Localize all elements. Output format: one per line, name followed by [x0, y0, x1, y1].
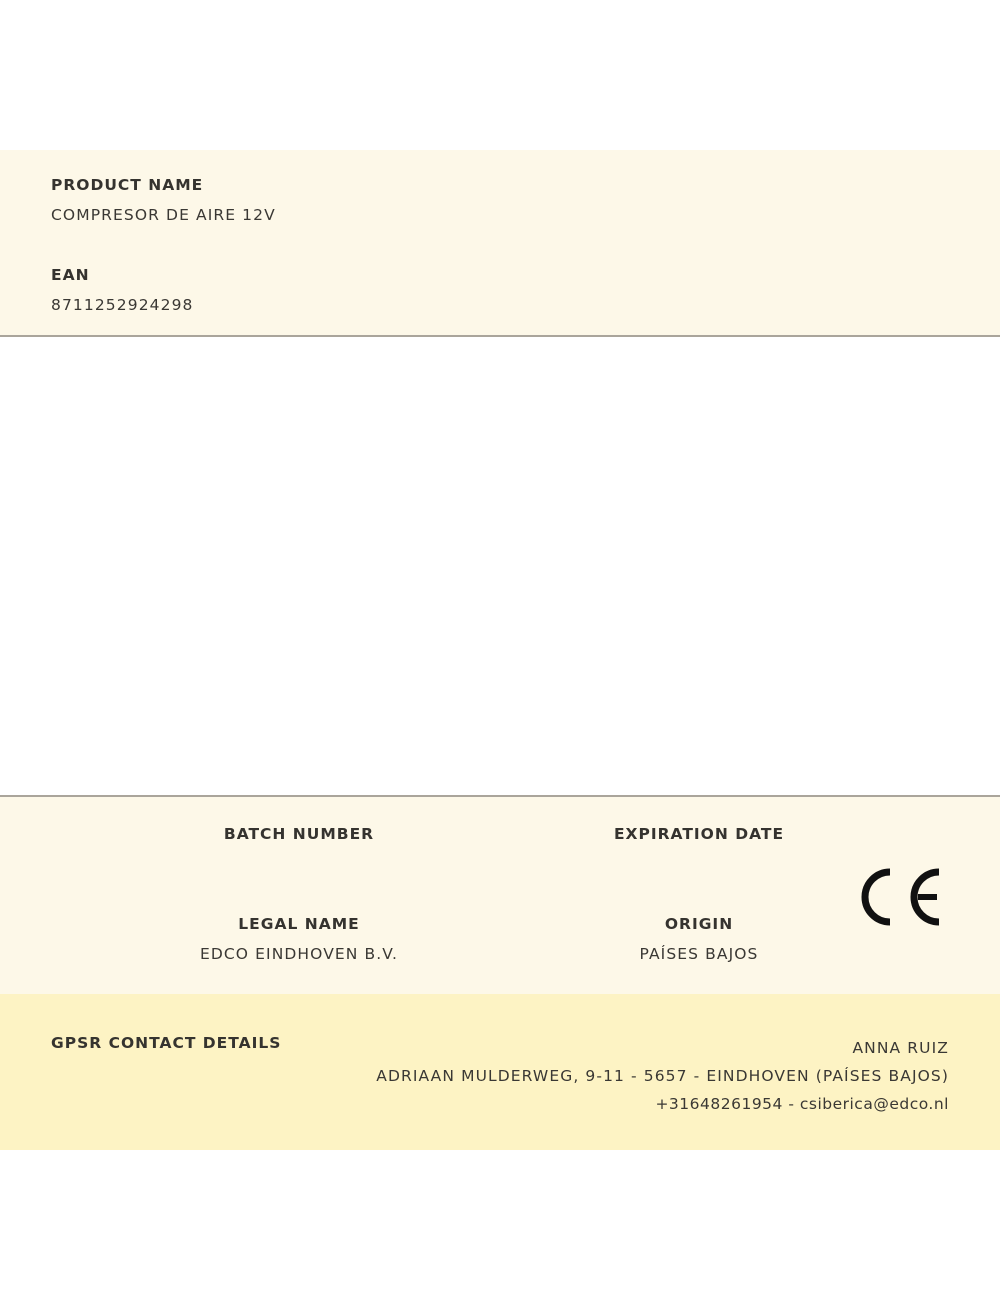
- batch-number-label: BATCH NUMBER: [99, 825, 499, 843]
- ean-value: 8711252924298: [51, 296, 194, 314]
- product-info-panel: PRODUCT NAME COMPRESOR DE AIRE 12V EAN 8…: [0, 150, 1000, 337]
- legal-name-field: LEGAL NAME EDCO EINDHOVEN B.V.: [99, 915, 499, 963]
- ean-label: EAN: [51, 266, 90, 284]
- gpsr-contact-name: ANNA RUIZ: [376, 1034, 949, 1062]
- product-meta-panel: BATCH NUMBER EXPIRATION DATE LEGAL NAME …: [0, 795, 1000, 996]
- gpsr-phone-email: +31648261954 - csiberica@edco.nl: [376, 1090, 949, 1118]
- gpsr-contact-label: GPSR CONTACT DETAILS: [51, 1034, 281, 1052]
- product-name-label: PRODUCT NAME: [51, 176, 203, 194]
- expiration-date-label: EXPIRATION DATE: [499, 825, 899, 843]
- legal-name-value: EDCO EINDHOVEN B.V.: [99, 945, 499, 963]
- ce-mark-icon: [860, 867, 942, 927]
- origin-field: ORIGIN PAÍSES BAJOS: [499, 915, 899, 963]
- product-name-value: COMPRESOR DE AIRE 12V: [51, 206, 276, 224]
- gpsr-address: ADRIAAN MULDERWEG, 9-11 - 5657 - EINDHOV…: [376, 1062, 949, 1090]
- expiration-date-field: EXPIRATION DATE: [499, 825, 899, 855]
- legal-name-label: LEGAL NAME: [99, 915, 499, 933]
- batch-number-field: BATCH NUMBER: [99, 825, 499, 855]
- gpsr-contact-panel: GPSR CONTACT DETAILS ANNA RUIZ ADRIAAN M…: [0, 994, 1000, 1150]
- origin-value: PAÍSES BAJOS: [499, 945, 899, 963]
- origin-label: ORIGIN: [499, 915, 899, 933]
- gpsr-contact-info: ANNA RUIZ ADRIAAN MULDERWEG, 9-11 - 5657…: [376, 1034, 949, 1118]
